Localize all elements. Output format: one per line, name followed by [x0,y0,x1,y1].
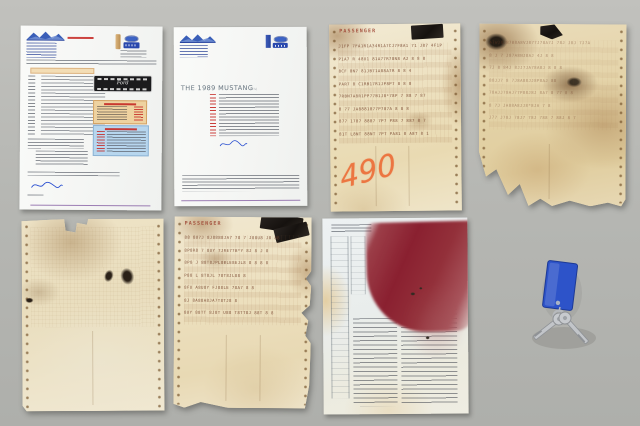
footer-line [30,204,150,206]
ford-oval-icon [274,36,288,43]
vehicle-certification-label: Ford [93,75,152,92]
letterhead-logo-icon [27,31,65,41]
punch-holes-left [175,220,182,405]
buildsheet-row: 81T L8NT 88NT 7PT PA81 8 A8T 8 1 [339,130,452,136]
buildsheet-row: 877 1787 8887 7P7 P88 7 887 8 7 [339,118,452,124]
dark-mark [25,297,34,303]
sender-name-line [27,195,43,197]
buildsheet-row: 8P8R8 7 8UY 7JRE77B*Y 8J 8 J 8 [184,247,301,253]
key-fob [542,260,578,310]
buildsheet-row: 8FU A8U8Y FJ88LE 78A7 8 8 [184,285,301,291]
punch-holes-right [618,27,625,203]
buildsheet-row: P1A7 R 48U1 81A77R78N8 A2 8 8 8 [338,55,451,61]
fold-line [92,331,93,405]
buildsheet-row: 8 J 7 J87A8NJ8AJ 4J 8 8 [489,52,618,58]
letter-subtitle: (#'s) [250,87,257,91]
statistics-list-lines [210,94,282,136]
crayon-number: 490 [338,147,399,196]
passenger-header: PASSENGER [185,221,222,227]
statistics-box [93,125,149,156]
letter-title: THE 1989 MUSTANG [181,84,253,92]
buildsheet-row: 7J 8 84J 8JJ7JA78A8J 8 8 8 [489,65,618,71]
buildsheet-row: 8P8 J 88T8JPL8BLE8EJL8 8 8 8 8 [184,260,301,266]
buildsheet-row: 7RBN7A8R1PP77B1J8*78P 7 88 7 87 [339,93,452,99]
body-lines [28,139,84,149]
anniversary-badge [273,43,288,48]
buildsheet-rows: J1FP 7FA1R1A34R1A7CJ7F8A1 71 J87 4F1P P1… [338,43,452,144]
dark-speck [418,286,422,289]
fold-line [549,144,550,199]
buildsheet-row: 78AJJ78AJ77P88J8J 8A7 8 77 8 8 [489,90,618,96]
pricing-box [93,100,147,124]
buildsheet-faded-back [21,219,164,412]
typed-column-left [353,318,398,406]
signature [218,139,248,149]
footer-line [181,200,300,202]
ledger-column [330,236,349,398]
report-heading-red-text [68,37,94,39]
punch-holes-right [452,26,460,207]
buildsheet-row: 88JJ7 8 7J8A88JJ8P8AJ 88 [489,77,618,83]
statistics-box-header [105,128,137,130]
buildsheet-row: J1FP 7FA1R1A34R1A7CJ7F8A1 71 J87 4F1P [338,43,451,49]
photo-scene: Ford THE 1989 MUSTANG (#'s) [0,0,640,426]
fold-line [225,335,226,401]
buildsheet-row: J77 J78J 78J7 78J 788 7 88J 8 7 [489,115,618,121]
monument-graphic [115,34,120,49]
window-sticker-red-stain [322,217,468,414]
plate-bottom-row [97,88,148,90]
punch-holes-left [24,222,31,408]
pricing-box-rows [96,106,144,121]
buildsheet-rows: A7WJ8J87B8A8VJ877J78A7J 78J J8J 7J7A 8 J… [489,40,618,131]
right-caption-lines [120,50,146,57]
statistics-box-rows [96,131,146,153]
buildsheet-stained-topright: A7WJ8J87B8A8VJ877J78A7J 78J J8J 7J7A 8 J… [479,24,627,207]
dark-speck [425,335,430,339]
black-tape [411,24,444,40]
mustang-statistics-letter: THE 1989 MUSTANG (#'s) [174,27,308,206]
buildsheet-row: 8J 8A88A8JA7T8TJ8 8 [184,297,301,303]
bar-graphic [266,35,271,48]
signature [29,180,63,192]
buildsheet-row: PAR7 8 C1RB17R1JP8P7 8 8 8 [339,80,452,86]
dark-speck [410,292,416,296]
pricing-box-header [105,103,136,105]
ford-oval-icon [125,35,139,42]
buildsheet-passenger-bottom: PASSENGER 88 8U7J 8J8888JA7 78 7 J88U8 J… [173,217,311,409]
keys-with-fob [512,248,612,363]
buildsheet-passenger-top: PASSENGER J1FP 7FA1R1A34R1A7CJ7F8A1 71 J… [329,23,462,211]
passenger-header: PASSENGER [339,28,376,34]
letterhead-logo-icon [180,33,216,43]
vin-decode-lines [36,151,88,165]
buildsheet-row: 8 77 JA8881877P787A 8 8 8 [339,105,452,111]
report-letter: Ford [19,26,162,211]
plate-ford-script: Ford [94,80,151,86]
fold-line [408,146,410,206]
intro-lines [26,60,156,67]
letterhead-address [180,45,208,57]
anniversary-badge [123,42,139,48]
letterhead-address [26,43,56,58]
buildsheet-row: 8UY 88TT 8J8T U88 T8TT8J 88T 8 8 [184,310,301,316]
punch-holes-right [156,222,163,408]
buildsheet-rows: 88 8U7J 8J8888JA7 78 7 J88U8 J8 88 8P8R8… [184,235,302,326]
fold-line [259,335,260,401]
buildsheet-row: 88 8U7J 8J8888JA7 78 7 J88U8 J8 88 [185,235,302,241]
section-band [30,68,94,74]
red-overspray [398,276,469,367]
punch-holes-left [481,27,488,203]
buildsheet-row: A7WJ8J87B8A8VJ877J78A7J 78J J8J 7J7A [489,40,618,46]
punch-holes-right [302,220,309,405]
bottom-paragraph [182,175,299,191]
ledger-column-small [350,236,365,294]
faded-print-grid [31,227,156,328]
buildsheet-row: P88 L 8T8JL 78T8JL88 8 [184,272,301,278]
buildsheet-row: 8CF 8N7 81JB71A88A7R 8 8 4 [339,68,452,74]
buildsheet-row: 8 7J JA88A8JJ8*8JA 7 8 [489,102,618,108]
closing-sentence [28,172,120,177]
